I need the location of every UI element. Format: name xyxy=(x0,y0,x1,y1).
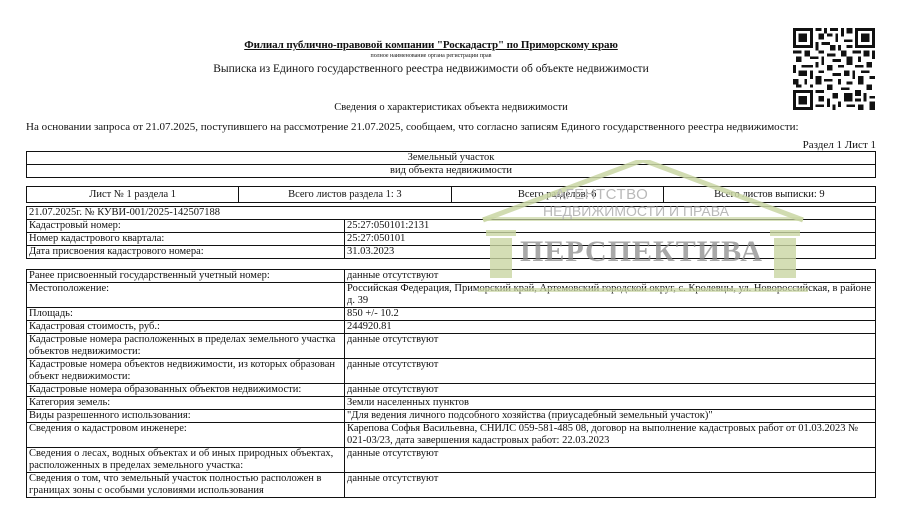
table-row: Кадастровые номера расположенных в преде… xyxy=(27,334,876,359)
row-label: Кадастровые номера объектов недвижимости… xyxy=(27,359,345,384)
row-label: Кадастровые номера образованных объектов… xyxy=(27,384,345,397)
section-sheet-mark: Раздел 1 Лист 1 xyxy=(803,139,876,151)
object-type-caption: вид объекта недвижимости xyxy=(27,165,876,178)
table-row: Сведения о лесах, водных объектах и об и… xyxy=(27,448,876,473)
request-basis-text: На основании запроса от 21.07.2025, пост… xyxy=(26,121,799,133)
row-label: Кадастровый номер: xyxy=(27,220,345,233)
object-type: Земельный участок xyxy=(27,152,876,165)
request-reference: 21.07.2025г. № КУВИ-001/2025-142507188 xyxy=(27,207,876,220)
table-row: Кадастровые номера объектов недвижимости… xyxy=(27,359,876,384)
row-label: Сведения о лесах, водных объектах и об и… xyxy=(27,448,345,473)
row-value: данные отсутствуют xyxy=(345,359,876,384)
registry-office-caption: полное наименование органа регистрации п… xyxy=(0,53,862,59)
table-row: Кадастровые номера образованных объектов… xyxy=(27,384,876,397)
table-row: Категория земель:Земли населенных пункто… xyxy=(27,397,876,410)
document-title: Выписка из Единого государственного реес… xyxy=(0,63,862,75)
table-row: Сведения о том, что земельный участок по… xyxy=(27,473,876,498)
row-label: Площадь: xyxy=(27,308,345,321)
table-row: Кадастровая стоимость, руб.:244920.81 xyxy=(27,321,876,334)
row-value: данные отсутствуют xyxy=(345,384,876,397)
watermark-brand: ПЕРСПЕКТИВА xyxy=(520,235,763,269)
row-label: Ранее присвоенный государственный учетны… xyxy=(27,270,345,283)
table-row: Местоположение:Российская Федерация, При… xyxy=(27,283,876,308)
row-value: данные отсутствуют xyxy=(345,334,876,359)
row-value: Земли населенных пунктов xyxy=(345,397,876,410)
row-label: Дата присвоения кадастрового номера: xyxy=(27,246,345,259)
object-type-table: Земельный участок вид объекта недвижимос… xyxy=(26,151,876,178)
table-row: Ранее присвоенный государственный учетны… xyxy=(27,270,876,283)
watermark-line1: АГЕНТСТВО xyxy=(555,186,648,203)
row-value: Российская Федерация, Приморский край, А… xyxy=(345,283,876,308)
row-value: данные отсутствуют xyxy=(345,448,876,473)
row-label: Сведения о том, что земельный участок по… xyxy=(27,473,345,498)
cadastral-number: 25:27:050101:2131 xyxy=(345,220,876,233)
watermark-line2: НЕДВИЖИМОСТИ И ПРАВА xyxy=(543,203,729,219)
table-row: Кадастровый номер: 25:27:050101:2131 xyxy=(27,220,876,233)
section-title: Сведения о характеристиках объекта недви… xyxy=(0,102,902,113)
table-row: Площадь:850 +/- 10.2 xyxy=(27,308,876,321)
row-value: Карепова Софья Васильевна, СНИЛС 059-581… xyxy=(345,423,876,448)
row-label: Категория земель: xyxy=(27,397,345,410)
row-value: "Для ведения личного подсобного хозяйств… xyxy=(345,410,876,423)
row-value: данные отсутствуют xyxy=(345,473,876,498)
sheet-counts-table: Лист № 1 раздела 1 Всего листов раздела … xyxy=(26,186,876,203)
section-sheet-count: Всего листов раздела 1: 3 xyxy=(239,187,451,203)
row-value: данные отсутствуют xyxy=(345,270,876,283)
row-label: Кадастровая стоимость, руб.: xyxy=(27,321,345,334)
row-label: Местоположение: xyxy=(27,283,345,308)
details-table: Ранее присвоенный государственный учетны… xyxy=(26,269,876,498)
table-row: Сведения о кадастровом инженере:Карепова… xyxy=(27,423,876,448)
qr-code-icon xyxy=(793,27,875,111)
sheet-number: Лист № 1 раздела 1 xyxy=(27,187,239,203)
row-value: 850 +/- 10.2 xyxy=(345,308,876,321)
row-value: 244920.81 xyxy=(345,321,876,334)
table-row: Виды разрешенного использования:"Для вед… xyxy=(27,410,876,423)
row-label: Виды разрешенного использования: xyxy=(27,410,345,423)
total-sheets: Всего листов выписки: 9 xyxy=(663,187,875,203)
registry-office-name: Филиал публично-правовой компании "Роска… xyxy=(0,39,862,51)
row-label: Сведения о кадастровом инженере: xyxy=(27,423,345,448)
row-label: Номер кадастрового квартала: xyxy=(27,233,345,246)
row-label: Кадастровые номера расположенных в преде… xyxy=(27,334,345,359)
